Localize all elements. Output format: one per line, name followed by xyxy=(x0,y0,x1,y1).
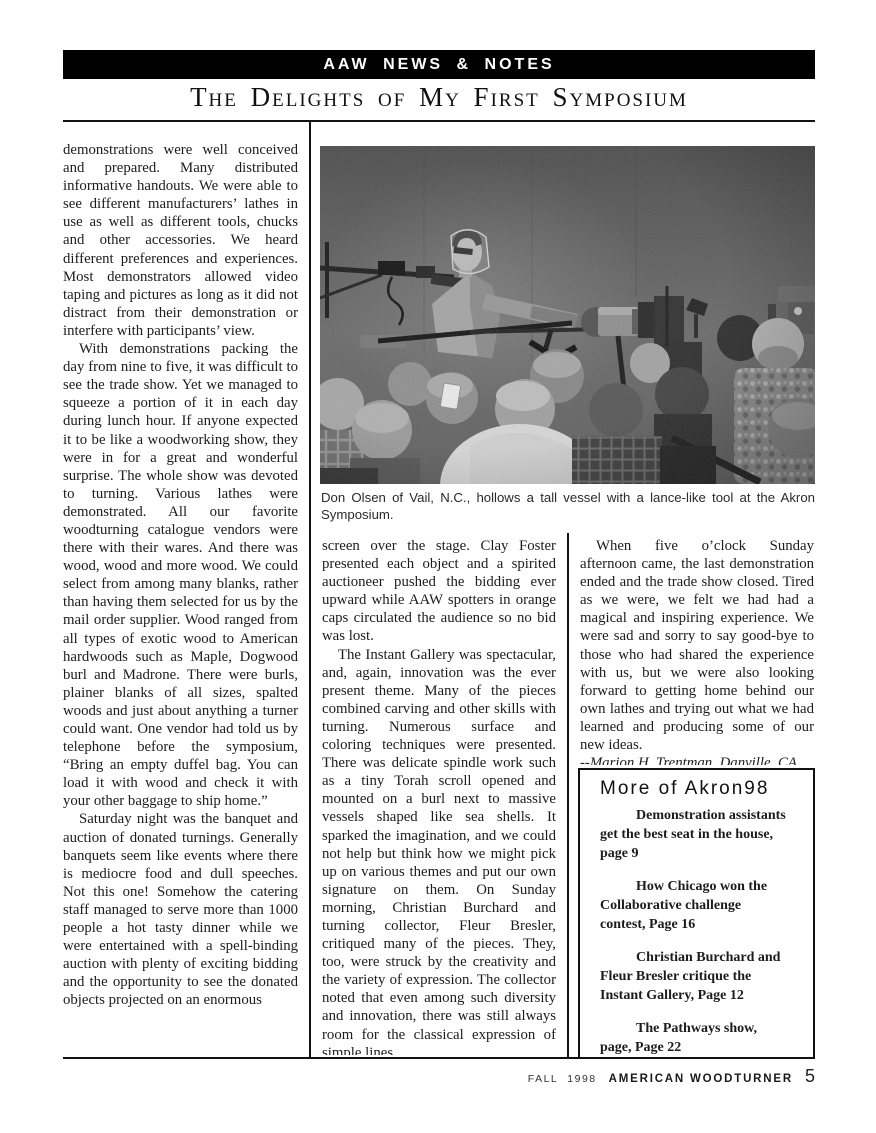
more-of-akron-box: More of Akron98 Demonstration assistants… xyxy=(578,768,815,1059)
box-item: The Pathways show, page, Page 22 xyxy=(600,1019,789,1057)
box-item: Demonstration assistants get the best se… xyxy=(600,806,789,863)
footer-magazine-name: AMERICAN WOODTURNER xyxy=(609,1073,793,1085)
box-item: Christian Burchard and Fleur Bresler cri… xyxy=(600,948,789,1005)
paragraph: When five o’clock Sunday afternoon came,… xyxy=(580,537,814,754)
box-title: More of Akron98 xyxy=(600,778,789,800)
paragraph: screen over the stage. Clay Foster prese… xyxy=(322,537,556,646)
page-footer: FALL 1998 AMERICAN WOODTURNER 5 xyxy=(528,1066,815,1087)
symposium-photo xyxy=(320,146,815,484)
right-column: When five o’clock Sunday afternoon came,… xyxy=(580,537,814,765)
paragraph: demonstrations were well conceived and p… xyxy=(63,141,298,340)
news-banner: AAW NEWS & NOTES xyxy=(63,50,815,79)
paragraph: Saturday night was the banquet and aucti… xyxy=(63,810,298,1009)
author-attribution: --Marion H. Trentman, Danville, CA. xyxy=(580,754,814,765)
paragraph: The Instant Gallery was spectacular, and… xyxy=(322,646,556,1055)
box-item: How Chicago won the Collaborative challe… xyxy=(600,877,789,934)
middle-column: screen over the stage. Clay Foster prese… xyxy=(322,537,556,1055)
footer-season: FALL 1998 xyxy=(528,1073,597,1085)
left-column: demonstrations were well conceived and p… xyxy=(63,141,298,1053)
column-divider-left xyxy=(309,121,311,1057)
magazine-page: AAW NEWS & NOTES The Delights of My Firs… xyxy=(0,0,876,1133)
bottom-rule xyxy=(63,1057,815,1059)
column-divider-right xyxy=(567,533,569,1057)
footer-page-number: 5 xyxy=(805,1066,815,1087)
paragraph: With demonstrations packing the day from… xyxy=(63,340,298,810)
top-rule xyxy=(63,120,815,122)
photo-caption: Don Olsen of Vail, N.C., hollows a tall … xyxy=(321,490,815,524)
article-title: The Delights of My First Symposium xyxy=(63,82,815,113)
photo-artwork xyxy=(320,146,815,484)
